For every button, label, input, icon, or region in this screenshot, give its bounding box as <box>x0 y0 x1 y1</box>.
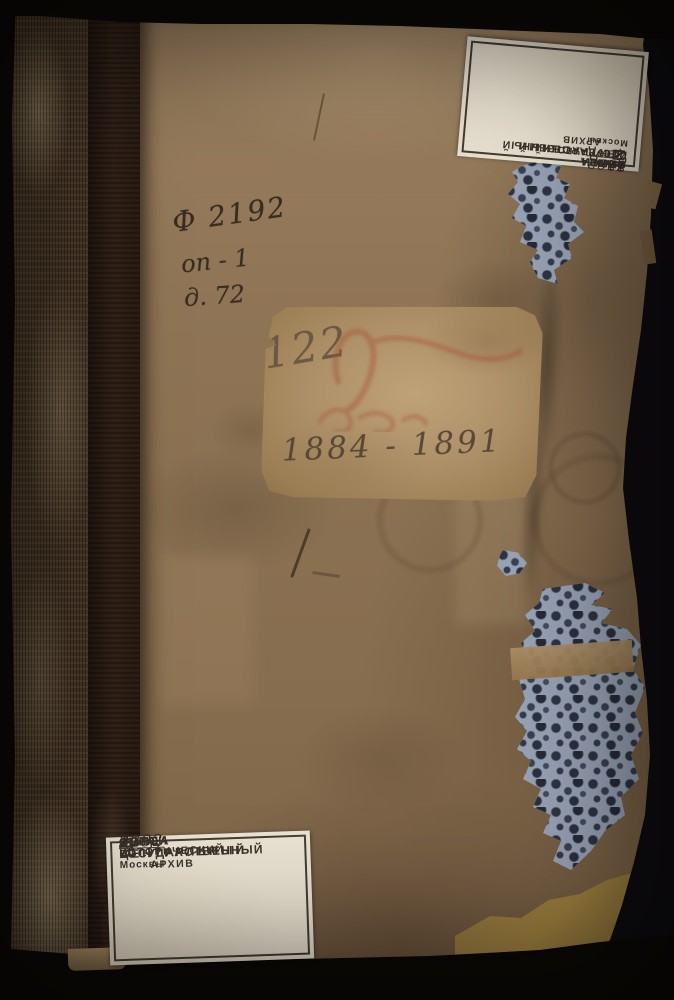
delo-value: 72 <box>606 157 627 172</box>
archive-stamp-border: ЦЕНТРАЛЬНЫЙ ГОСУДАРСТВЕННЫЙ ИСТОРИЧЕСКИЙ… <box>461 41 644 168</box>
archive-stamp-label-top-upside-down: ЦЕНТРАЛЬНЫЙ ГОСУДАРСТВЕННЫЙ ИСТОРИЧЕСКИЙ… <box>457 36 649 171</box>
archive-stamp-label-bottom: ЦЕНТРАЛЬНЫЙ ГОСУДАРСТВЕННЫЙ ИСТОРИЧЕСКИЙ… <box>106 830 314 965</box>
handwritten-delo-number: д. 72 <box>183 280 246 312</box>
faded-red-inscription <box>308 309 537 433</box>
archive-stamp-border: ЦЕНТРАЛЬНЫЙ ГОСУДАРСТВЕННЫЙ ИСТОРИЧЕСКИЙ… <box>110 835 310 962</box>
title-label: 122 1884 - 1891 <box>259 305 543 501</box>
delo-value: 72 <box>119 834 142 849</box>
photo-of-archival-book-cover: Ф 2192 оп - 1 д. 72 122 1884 - 1891 ЦЕНТ… <box>0 0 674 1000</box>
